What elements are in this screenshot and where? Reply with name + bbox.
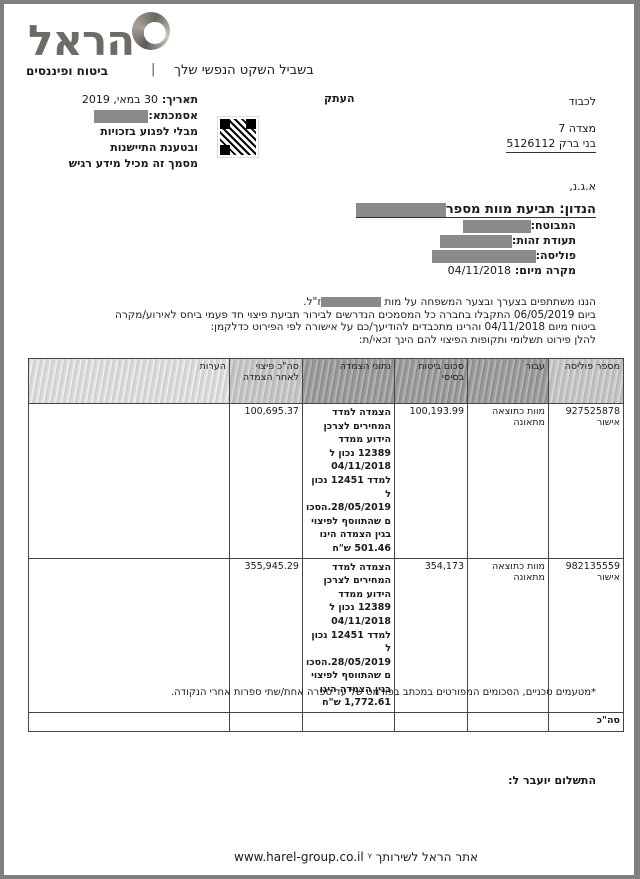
policy-label: פוליסה:: [536, 249, 576, 262]
body-line-1: הננו משתתפים בצערך ובצער המשפחה על מות: [384, 296, 596, 308]
footer-text: אתר הראל לשירותך: [376, 850, 478, 864]
empty-cell: [302, 713, 394, 732]
compensation-table: מספר פוליסה עבור סכום ביטוח בסיסי נתוני …: [28, 358, 624, 732]
body-line-1-end: ז"ל.: [303, 296, 321, 308]
letter-body: הננו משתתפים בצערך ובצער המשפחה על מות ז…: [36, 296, 596, 346]
event-label: מקרה מיום:: [515, 264, 576, 277]
subject-label: הנדון: תביעת מוות מספר: [446, 202, 596, 217]
empty-cell: [468, 713, 549, 732]
brand-subtitle: ביטוח ופיננסים: [26, 64, 108, 78]
redacted-policy: [432, 250, 536, 263]
indexation-cell: הצמדה למדד המחירים לצרכן הידוע ממדד 1238…: [302, 404, 394, 559]
date-value: 30 במאי, 2019: [82, 93, 158, 106]
policy-cell: 927525878אישור: [549, 404, 624, 559]
footnote: *מטעמים טכניים, הסכומים המפורטים במכתב ב…: [171, 687, 596, 698]
header-policy-number: מספר פוליסה: [549, 359, 624, 404]
greeting: א.ג.נ,: [569, 180, 596, 193]
redacted-id: [440, 235, 512, 248]
payment-label: התשלום יועבר ל:: [508, 774, 596, 787]
for-cell: מוות כתוצאה מתאונה: [468, 404, 549, 559]
notes-cell: [29, 404, 230, 559]
redacted-deceased-name: [321, 297, 381, 307]
address-line-2: בני ברק 5126112: [506, 136, 596, 153]
policy-number: 927525878: [552, 406, 620, 417]
redacted-reference: [94, 110, 148, 123]
header-for: עבור: [468, 359, 549, 404]
header-notes: הערות: [29, 359, 230, 404]
policy-number: 982135559: [552, 561, 620, 572]
body-line-3: ביטוח מיום 04/11/2018 והרינו מתכבדים להו…: [36, 321, 596, 334]
harel-logo-icon: [132, 12, 170, 50]
policy-status: אישור: [552, 417, 620, 428]
header-base-sum: סכום ביטוח בסיסי: [395, 359, 468, 404]
insured-label: המבוטח:: [531, 219, 576, 232]
notice-line-2: ובטענת התיישנות: [18, 140, 198, 156]
letter-page: הראל ביטוח ופיננסים | בשביל השקט הנפשי ש…: [4, 4, 634, 875]
reference-label: אסמכתא:: [148, 109, 198, 122]
to-label: לכבוד: [506, 94, 596, 109]
empty-cell: [395, 713, 468, 732]
address-line-1: מצדה 7: [506, 121, 596, 136]
footer: www.harel-group.co.il ᵞ אתר הראל לשירותך: [234, 850, 478, 864]
subject-block: הנדון: תביעת מוות מספר המבוטח: תעודת זהו…: [356, 202, 596, 278]
empty-cell: [229, 713, 302, 732]
harel-mark-icon: ᵞ: [368, 850, 372, 864]
date-label: תאריך:: [162, 93, 198, 106]
table-total-row: סה"כ: [29, 713, 624, 732]
brand-logo: הראל: [28, 20, 134, 62]
base-sum-cell: 100,193.99: [395, 404, 468, 559]
total-label: סה"כ: [549, 713, 624, 732]
recipient-block: לכבוד מצדה 7 בני ברק 5126112: [506, 94, 596, 153]
header-total: סה"כ פיצוי לאחר הצמדה: [229, 359, 302, 404]
header-indexation: נתוני הצמדה: [302, 359, 394, 404]
empty-cell: [29, 713, 230, 732]
body-line-2: ביום 06/05/2019 התקבלו בחברה כל המסמכים …: [36, 309, 596, 322]
total-cell: 100,695.37: [229, 404, 302, 559]
event-date: 04/11/2018: [448, 264, 511, 277]
notice-line-1: מבלי לפגוע בזכויות: [18, 124, 198, 140]
copy-label: העתק: [324, 92, 355, 105]
logo-separator: |: [151, 62, 155, 77]
table-row: 927525878אישור מוות כתוצאה מתאונה 100,19…: [29, 404, 624, 559]
letter-meta: תאריך: 30 במאי, 2019 אסמכתא: מבלי לפגוע …: [18, 92, 198, 172]
id-label: תעודת זהות:: [512, 234, 576, 247]
redacted-insured: [463, 220, 531, 233]
qr-code-icon: [218, 117, 258, 157]
redacted-claim-number: [356, 203, 446, 217]
body-line-4: להלן פירוט תשלומי ותקופות הפיצוי להם הינ…: [36, 334, 596, 347]
policy-status: אישור: [552, 572, 620, 583]
notice-line-3: מסמך זה מכיל מידע רגיש: [18, 156, 198, 172]
slogan: בשביל השקט הנפשי שלך: [174, 63, 314, 78]
footer-url[interactable]: www.harel-group.co.il: [234, 850, 364, 864]
